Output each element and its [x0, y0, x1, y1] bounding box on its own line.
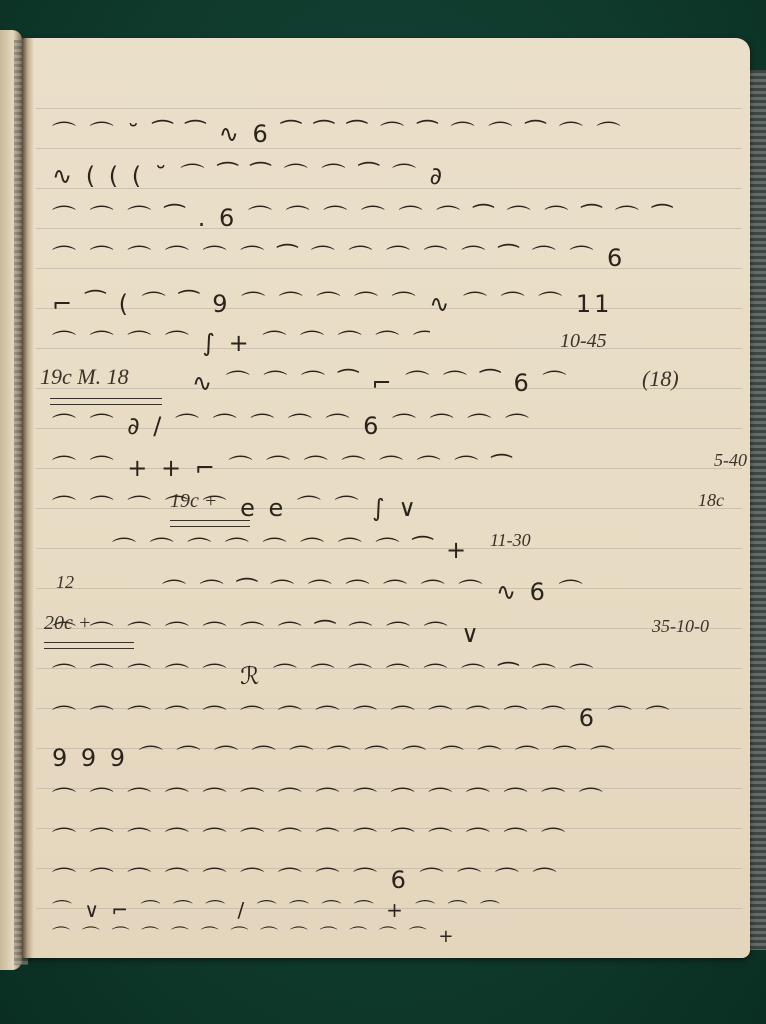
notebook-page: ⌒ ⌒ ˘ ⁀ ⁀ ∿ 6 ⁀ ⁀ ⁀ ⌒ ⁀ ⌒ ⌒ ⁀ ⌒ ⌒ ∿ ( ( … — [22, 38, 750, 958]
shorthand-line: ⌒ ⌒ ⌒ ⌒ ⌒ e e ⌒ ⌒ ∫ ∨ 6 ⌒ ⌒ ⌒ — [52, 488, 430, 523]
shorthand-line: ⌒ ⌒ ⌒ ⌒ ⌒ ⌒ ⁀ ⌒ ⌒ ⌒ ⌒ ⌒ ⁀ ⌒ ⌒ 6 — [52, 238, 728, 273]
shorthand-line: ⌒ ⌒ ⌒ ⌒ ⌒ ℛ ⌒ ⌒ ⌒ ⌒ ⌒ ⌒ ⁀ ⌒ ⌒ — [52, 656, 728, 691]
number-annotation: 18c — [698, 490, 724, 511]
time-annotation: 10-45 — [560, 330, 607, 353]
rule-line — [36, 108, 742, 109]
number-annotation: 12 — [56, 572, 74, 593]
date-annotation: 19c M. 18 — [40, 364, 129, 390]
shorthand-line: ⌒ ⌒ ˘ ⁀ ⁀ ∿ 6 ⁀ ⁀ ⁀ ⌒ ⁀ ⌒ ⌒ ⁀ ⌒ ⌒ — [52, 114, 728, 149]
shorthand-line: ⌒ ⌒ ⌒ ⌒ ⌒ ⌒ ⌒ ⌒ ⌒ ⌒ ⌒ ⌒ ⌒ ⌒ ⌒ — [52, 780, 728, 815]
double-underline — [44, 642, 134, 649]
shorthand-line: ⌒ ⌒ ⌒ ⌒ ⌒ ⌒ ⌒ ⌒ ⌒ ⌒ ⌒ ⌒ ⌒ ⌒ — [52, 820, 728, 855]
shorthand-line: ⌒ ⌒ ⁀ ⌒ ⌒ ⌒ ⌒ ⌒ ⌒ ∿ 6 ⌒ ⌒ — [162, 572, 590, 607]
double-underline — [170, 520, 250, 527]
shorthand-line: ⌒ ⌒ ⌒ ⌒ ⌒ ⌒ ⌒ ⌒ ⁀ + — [112, 530, 520, 565]
shorthand-line: ∿ ( ( ( ˘ ⌒ ⁀ ⁀ ⌒ ⌒ ⁀ ⌒ ∂ — [52, 156, 728, 191]
page-stack-edge — [750, 70, 766, 950]
shorthand-line: ⌒ ⌒ ∂ / ⌒ ⌒ ⌒ ⌒ ⌒ 6 ⌒ ⌒ ⌒ ⌒ — [52, 406, 610, 441]
shorthand-line: ⌒ ⌒ ⌒ ⌒ ⌒ ⌒ ⌒ ⌒ ⌒ ⌒ ⌒ ⌒ ⌒ + — [52, 922, 728, 948]
shorthand-line: ⌒ ∨ ⌐ ⌒ ⌒ ⌒ / ⌒ ⌒ ⌒ ⌒ + ⌒ ⌒ ⌒ — [52, 894, 728, 923]
shorthand-line: ⌒ ⌒ ⌒ ⌒ ⌒ ⌒ ⌒ ⁀ ⌒ ⌒ ⌒ ∨ — [52, 614, 710, 649]
shorthand-line: ⌒ ⌒ + + ⌐ ⌒ ⌒ ⌒ ⌒ ⌒ ⌒ ⌒ ⁀ — [52, 448, 670, 483]
shorthand-line: ⌒ ⌒ ⌒ ⌒ ∫ + ⌒ ⌒ ⌒ ⌒ ⌒ ⌒ 6 ∨ — [52, 323, 430, 358]
time-annotation: 11-30 — [490, 530, 531, 551]
shorthand-line: 9 9 9 ⌒ ⌒ ⌒ ⌒ ⌒ ⌒ ⌒ ⌒ ⌒ ⌒ ⌒ ⌒ ⌒ — [52, 738, 728, 773]
shorthand-line: ∿ ⌒ ⌒ ⌒ ⁀ ⌐ ⌒ ⌒ ⁀ 6 ⌒ — [192, 363, 610, 398]
date-annotation: 19c + — [170, 490, 217, 513]
amount-annotation: 35-10-0 — [652, 616, 709, 637]
shorthand-line: ⌒ ⌒ ⌒ ⌒ ⌒ ⌒ ⌒ ⌒ ⌒ 6 ⌒ ⌒ ⌒ ⌒ — [52, 860, 728, 895]
time-annotation: 5-40 — [714, 450, 747, 471]
shorthand-line: ⌒ ⌒ ⌒ ⌒ ⌒ ⌒ ⌒ ⌒ ⌒ ⌒ ⌒ ⌒ ⌒ ⌒ 6 ⌒ ⌒ — [52, 698, 728, 733]
double-underline — [50, 398, 162, 405]
shorthand-line: ⌐ ⁀ ( ⌒ ⁀ 9 ⌒ ⌒ ⌒ ⌒ ⌒ ∿ ⌒ ⌒ ⌒ 11 — [52, 284, 728, 319]
date-annotation: 20c + — [44, 612, 91, 635]
shorthand-line: ⌒ ⌒ ⌒ ⁀ . 6 ⌒ ⌒ ⌒ ⌒ ⌒ ⌒ ⁀ ⌒ ⌒ ⁀ ⌒ ⁀ — [52, 198, 728, 233]
circled-annotation: (18) — [642, 366, 679, 392]
